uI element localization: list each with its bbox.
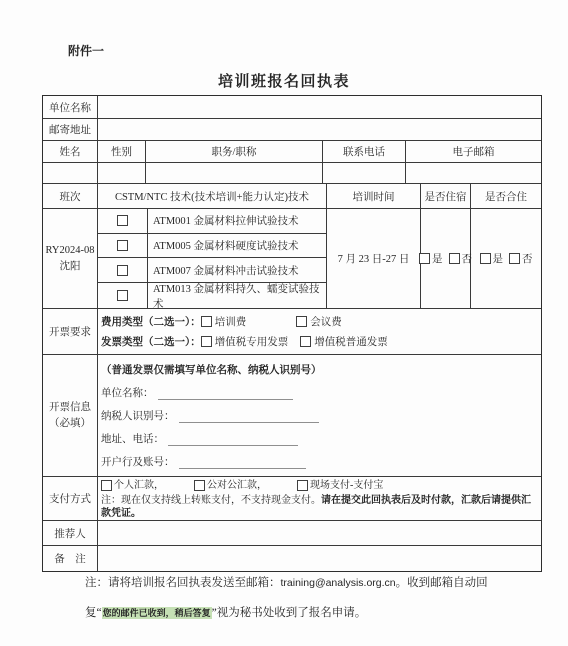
address-phone-field-input[interactable] [168, 435, 298, 446]
email-header: 电子邮箱 [406, 141, 541, 162]
fee-training-checkbox[interactable] [201, 316, 212, 327]
payment-note-normal: 注：现在仅支持线上转账支付，不支持现金支付。 [101, 495, 321, 506]
phone-header: 联系电话 [323, 141, 406, 162]
footer-line2-suffix: ”视为秘书处收到了报名申请。 [212, 607, 367, 619]
gender-input-cell[interactable] [98, 163, 146, 183]
invoice-info-label-cell: 开票信息 （必填） [43, 355, 98, 476]
document-page: 附件一 培训班报名回执表 单位名称 邮寄地址 姓名 性别 职务/职称 联系电话 … [0, 0, 568, 646]
unit-name-label: 单位名称 [43, 96, 98, 118]
course-checkbox-cell [98, 283, 148, 308]
invoice-info-row: 开票信息 （必填） （普通发票仅需填写单位名称、纳税人识别号） 单位名称： 纳税… [43, 355, 541, 477]
course-3-label: ATM007 金属材料冲击试验技术 [148, 258, 326, 282]
course-3-checkbox[interactable] [117, 265, 128, 276]
invoice-special-checkbox[interactable] [201, 336, 212, 347]
footer-note-line1: 注：请将培训报名回执表发送至邮箱：training@analysis.org.c… [85, 576, 547, 591]
mail-address-label: 邮寄地址 [43, 119, 98, 140]
footer-line1-suffix: 。收到邮箱自动回 [396, 577, 488, 589]
registration-form-table: 单位名称 邮寄地址 姓名 性别 职务/职称 联系电话 电子邮箱 班次 CSTM [42, 95, 542, 572]
tax-id-field-input[interactable] [179, 412, 319, 423]
session-code-cell: RY2024-08 沈阳 [43, 209, 98, 308]
bank-account-field-input[interactable] [179, 458, 306, 469]
corporate-remit-checkbox[interactable] [194, 480, 205, 491]
page-title: 培训班报名回执表 [0, 70, 568, 91]
table-row: 邮寄地址 [43, 119, 541, 141]
payment-note: 注：现在仅支持线上转账支付，不支持现金支付。请在提交此回执表后及时付款，汇款后请… [101, 494, 540, 521]
course-4-checkbox[interactable] [117, 290, 128, 301]
referrer-label: 推荐人 [43, 521, 98, 545]
stay-header: 是否住宿 [421, 184, 471, 208]
field-line: 单位名称： [101, 386, 539, 400]
invoice-info-required: （必填） [49, 416, 91, 432]
payment-options-line: 个人汇款， 公对公汇款， 现场支付-支付宝 [101, 479, 540, 493]
email-input-cell[interactable] [406, 163, 541, 183]
course-4-label: ATM013 金属材料持久、蠕变试验技术 [148, 283, 326, 308]
table-row: 班次 CSTM/NTC 技术(技术培训+能力认定)技术 培训时间 是否住宿 是否… [43, 184, 541, 209]
stay-no-checkbox[interactable] [449, 253, 460, 264]
program-header: CSTM/NTC 技术(技术培训+能力认定)技术 [98, 184, 327, 208]
course-row: ATM005 金属材料硬度试验技术 [98, 234, 326, 259]
course-checkbox-cell [98, 258, 148, 282]
share-no-label: 否 [522, 251, 533, 266]
invoice-info-content: （普通发票仅需填写单位名称、纳税人识别号） 单位名称： 纳税人识别号： 地址、电… [98, 355, 541, 476]
share-yes-checkbox[interactable] [480, 253, 491, 264]
footer-line2-prefix: 复“ [85, 607, 102, 619]
company-name-field-input[interactable] [158, 389, 293, 400]
course-2-checkbox[interactable] [117, 240, 128, 251]
unit-name-input-cell[interactable] [98, 96, 541, 118]
onsite-alipay-label: 现场支付-支付宝 [310, 479, 383, 493]
address-phone-field-label: 地址、电话： [101, 431, 164, 446]
share-no-checkbox[interactable] [509, 253, 520, 264]
course-row: ATM007 金属材料冲击试验技术 [98, 258, 326, 283]
job-title-header: 职务/职称 [146, 141, 323, 162]
field-line: 地址、电话： [101, 432, 539, 446]
stay-yes-label: 是 [432, 251, 443, 266]
session-header: 班次 [43, 184, 98, 208]
name-header: 姓名 [43, 141, 98, 162]
name-input-cell[interactable] [43, 163, 98, 183]
share-header: 是否合住 [471, 184, 541, 208]
referrer-input-cell[interactable] [98, 521, 541, 545]
training-time-value: 7 月 23 日-27 日 [327, 209, 421, 308]
phone-input-cell[interactable] [323, 163, 406, 183]
referrer-row: 推荐人 [43, 521, 541, 546]
stay-yes-checkbox[interactable] [419, 253, 430, 264]
personal-remit-label: 个人汇款， [114, 479, 164, 493]
fee-conference-label: 会议费 [310, 314, 342, 329]
invoice-info-note: （普通发票仅需填写单位名称、纳税人识别号） [101, 362, 539, 377]
invoice-requirement-label: 开票要求 [43, 309, 98, 354]
share-choice-cell: 是 否 [471, 209, 541, 308]
field-line: 开户行及账号： [101, 455, 539, 469]
invoice-type-label: 发票类型（二选一）： [101, 334, 201, 349]
auto-reply-highlight: 您的邮件已收到，稍后答复 [102, 607, 212, 619]
company-name-field-label: 单位名称： [101, 385, 154, 400]
bank-account-field-label: 开户行及账号： [101, 454, 175, 469]
course-list: ATM001 金属材料拉伸试验技术 ATM005 金属材料硬度试验技术 ATM0… [98, 209, 327, 308]
payment-label: 支付方式 [43, 477, 98, 520]
course-row: ATM013 金属材料持久、蠕变试验技术 [98, 283, 326, 308]
course-checkbox-cell [98, 234, 148, 258]
invoice-general-label: 增值税普通发票 [314, 334, 388, 349]
course-checkbox-cell [98, 209, 148, 233]
gender-header: 性别 [98, 141, 146, 162]
fee-conference-checkbox[interactable] [296, 316, 307, 327]
tax-id-field-label: 纳税人识别号： [101, 408, 175, 423]
course-row: ATM001 金属材料拉伸试验技术 [98, 209, 326, 234]
invoice-special-label: 增值税专用发票 [215, 334, 289, 349]
session-city: 沈阳 [60, 259, 81, 275]
fee-type-line: 费用类型（二选一）： 培训费 会议费 [101, 315, 539, 329]
remark-input-cell[interactable] [98, 546, 541, 571]
courses-section: RY2024-08 沈阳 ATM001 金属材料拉伸试验技术 ATM005 金属… [43, 209, 541, 309]
session-code: RY2024-08 [45, 243, 94, 259]
mail-address-input-cell[interactable] [98, 119, 541, 140]
stay-choice-cell: 是 否 [421, 209, 471, 308]
attachment-label: 附件一 [68, 42, 104, 59]
corporate-remit-label: 公对公汇款， [207, 479, 267, 493]
remark-row: 备 注 [43, 546, 541, 571]
contact-email: training@analysis.org.cn [281, 577, 396, 589]
course-2-label: ATM005 金属材料硬度试验技术 [148, 234, 326, 258]
invoice-general-checkbox[interactable] [300, 336, 311, 347]
footer-line1-prefix: 注：请将培训报名回执表发送至邮箱： [85, 577, 281, 589]
table-row: 单位名称 [43, 96, 541, 119]
personal-remit-checkbox[interactable] [101, 480, 112, 491]
invoice-requirement-row: 开票要求 费用类型（二选一）： 培训费 会议费 发票类型（二选一）： 增值税专用… [43, 309, 541, 355]
table-row [43, 163, 541, 184]
payment-row: 支付方式 个人汇款， 公对公汇款， 现场支付-支付宝 注：现在仅支持线上转账支付… [43, 477, 541, 521]
footer-note-line2: 复“您的邮件已收到，稍后答复”视为秘书处收到了报名申请。 [85, 604, 547, 620]
time-header: 培训时间 [327, 184, 421, 208]
job-title-input-cell[interactable] [146, 163, 323, 183]
invoice-type-line: 发票类型（二选一）： 增值税专用发票 增值税普通发票 [101, 334, 539, 348]
onsite-alipay-checkbox[interactable] [297, 480, 308, 491]
invoice-requirement-content: 费用类型（二选一）： 培训费 会议费 发票类型（二选一）： 增值税专用发票 增值… [98, 309, 541, 354]
remark-label: 备 注 [43, 546, 98, 571]
table-row: 姓名 性别 职务/职称 联系电话 电子邮箱 [43, 141, 541, 163]
share-yes-label: 是 [493, 251, 504, 266]
course-1-checkbox[interactable] [117, 215, 128, 226]
payment-content: 个人汇款， 公对公汇款， 现场支付-支付宝 注：现在仅支持线上转账支付，不支持现… [98, 477, 541, 520]
fee-training-label: 培训费 [215, 314, 247, 329]
invoice-info-label: 开票信息 [49, 400, 91, 416]
field-line: 纳税人识别号： [101, 409, 539, 423]
course-1-label: ATM001 金属材料拉伸试验技术 [148, 209, 326, 233]
fee-type-label: 费用类型（二选一）： [101, 314, 201, 329]
